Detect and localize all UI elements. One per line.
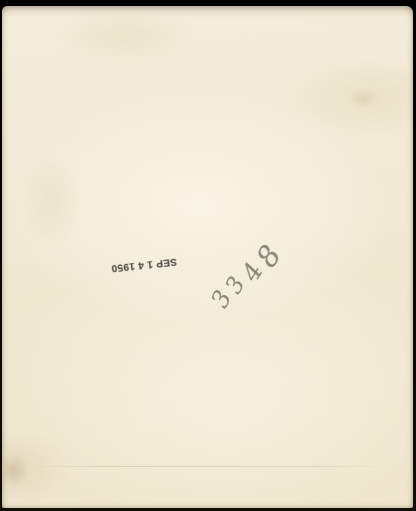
date-stamp: SEP 1 4 1950 — [107, 254, 180, 275]
paper-stain — [22, 156, 82, 246]
paper-stain — [348, 90, 378, 108]
paper-crease — [30, 466, 390, 467]
photo-paper-back: SEP 1 4 1950 3 3 4 8 — [2, 6, 413, 508]
photo-verso-scene: SEP 1 4 1950 3 3 4 8 — [0, 0, 416, 511]
handwritten-number: 3 3 4 8 — [193, 228, 298, 325]
paper-stain — [4, 454, 28, 488]
